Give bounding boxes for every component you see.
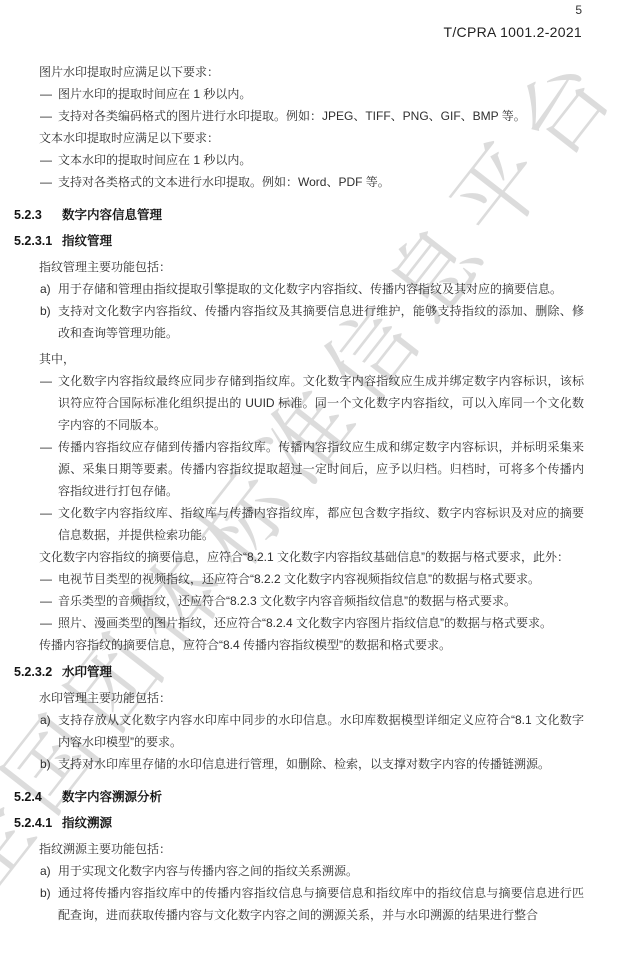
paragraph-fingerprint-functions: 指纹管理主要功能包括：	[14, 256, 584, 278]
section-heading-5-2-4-1: 5.2.4.1 指纹溯源	[14, 811, 584, 835]
dash-marker: —	[40, 105, 52, 127]
list-item: — 支持对各类编码格式的图片进行水印提取。例如：JPEG、TIFF、PNG、GI…	[14, 105, 584, 127]
dash-marker: —	[40, 568, 52, 590]
section-title: 水印管理	[62, 660, 112, 684]
document-page: 全国团体标准信息平台 5 T/CPRA 1001.2-2021 图片水印提取时应…	[0, 0, 618, 955]
list-item-text: 用于实现文化数字内容与传播内容之间的指纹关系溯源。	[58, 864, 358, 878]
list-item-text: 支持对文化数字内容指纹、传播内容指纹及其摘要信息进行维护，能够支持指纹的添加、删…	[58, 304, 584, 340]
alpha-marker: b)	[40, 753, 51, 775]
list-item: — 支持对各类格式的文本进行水印提取。例如：Word、PDF 等。	[14, 171, 584, 193]
list-item-text: 支持对各类格式的文本进行水印提取。例如：Word、PDF 等。	[58, 175, 390, 189]
section-title: 指纹管理	[62, 229, 112, 253]
list-item-text: 文化数字内容指纹最终应同步存储到指纹库。文化数字内容指纹应生成并绑定数字内容标识…	[58, 374, 584, 432]
list-item-text: 支持对各类编码格式的图片进行水印提取。例如：JPEG、TIFF、PNG、GIF、…	[58, 109, 526, 123]
dash-marker: —	[40, 149, 52, 171]
alpha-marker: a)	[40, 860, 51, 882]
alpha-marker: a)	[40, 278, 51, 300]
list-item: — 传播内容指纹应存储到传播内容指纹库。传播内容指纹应生成和绑定数字内容标识，并…	[14, 436, 584, 502]
list-item: — 文本水印的提取时间应在 1 秒以内。	[14, 149, 584, 171]
dash-marker: —	[40, 502, 52, 524]
paragraph-intro-image-watermark: 图片水印提取时应满足以下要求：	[14, 61, 584, 83]
section-heading-5-2-3-2: 5.2.3.2 水印管理	[14, 660, 584, 684]
section-title: 数字内容信息管理	[62, 203, 162, 227]
section-number: 5.2.3.2	[14, 660, 62, 684]
section-number: 5.2.3.1	[14, 229, 62, 253]
list-item-b: b) 通过将传播内容指纹库中的传播内容指纹信息与摘要信息和指纹库中的指纹信息与摘…	[14, 882, 584, 926]
list-item-text: 传播内容指纹应存储到传播内容指纹库。传播内容指纹应生成和绑定数字内容标识，并标明…	[58, 440, 584, 498]
section-title: 指纹溯源	[62, 811, 112, 835]
list-item-text: 图片水印的提取时间应在 1 秒以内。	[58, 87, 251, 101]
paragraph-among-which: 其中，	[14, 348, 584, 370]
list-item-a: a) 用于实现文化数字内容与传播内容之间的指纹关系溯源。	[14, 860, 584, 882]
list-item: — 图片水印的提取时间应在 1 秒以内。	[14, 83, 584, 105]
list-item-text: 用于存储和管理由指纹提取引擎提取的文化数字内容指纹、传播内容指纹及其对应的摘要信…	[58, 282, 562, 296]
dash-marker: —	[40, 436, 52, 458]
list-item-text: 电视节目类型的视频指纹，还应符合“8.2.2 文化数字内容视频指纹信息”的数据与…	[58, 572, 540, 586]
list-item: — 文化数字内容指纹库、指纹库与传播内容指纹库，都应包含数字指纹、数字内容标识及…	[14, 502, 584, 546]
section-title: 数字内容溯源分析	[62, 785, 162, 809]
paragraph-traceability-functions: 指纹溯源主要功能包括：	[14, 838, 584, 860]
list-item: — 音乐类型的音频指纹，还应符合“8.2.3 文化数字内容音频指纹信息”的数据与…	[14, 590, 584, 612]
paragraph-propagation-fingerprint-summary: 传播内容指纹的摘要信息，应符合“8.4 传播内容指纹模型”的数据和格式要求。	[14, 634, 584, 656]
list-item-b: b) 支持对文化数字内容指纹、传播内容指纹及其摘要信息进行维护，能够支持指纹的添…	[14, 300, 584, 344]
alpha-marker: a)	[40, 709, 51, 731]
section-heading-5-2-3-1: 5.2.3.1 指纹管理	[14, 229, 584, 253]
list-item-text: 音乐类型的音频指纹，还应符合“8.2.3 文化数字内容音频指纹信息”的数据与格式…	[58, 594, 516, 608]
dash-marker: —	[40, 612, 52, 634]
section-number: 5.2.4.1	[14, 811, 62, 835]
list-item-text: 支持对水印库里存储的水印信息进行管理，如删除、检索，以支撑对数字内容的传播链溯源…	[58, 757, 550, 771]
alpha-marker: b)	[40, 300, 51, 322]
list-item-a: a) 用于存储和管理由指纹提取引擎提取的文化数字内容指纹、传播内容指纹及其对应的…	[14, 278, 584, 300]
alpha-marker: b)	[40, 882, 51, 904]
list-item: — 文化数字内容指纹最终应同步存储到指纹库。文化数字内容指纹应生成并绑定数字内容…	[14, 370, 584, 436]
list-item: — 电视节目类型的视频指纹，还应符合“8.2.2 文化数字内容视频指纹信息”的数…	[14, 568, 584, 590]
paragraph-intro-text-watermark: 文本水印提取时应满足以下要求：	[14, 127, 584, 149]
list-item-text: 照片、漫画类型的图片指纹，还应符合“8.2.4 文化数字内容图片指纹信息”的数据…	[58, 616, 552, 630]
dash-marker: —	[40, 370, 52, 392]
dash-marker: —	[40, 171, 52, 193]
list-item-a: a) 支持存放从文化数字内容水印库中同步的水印信息。水印库数据模型详细定义应符合…	[14, 709, 584, 753]
paragraph-watermark-functions: 水印管理主要功能包括：	[14, 687, 584, 709]
section-heading-5-2-4: 5.2.4 数字内容溯源分析	[14, 785, 584, 809]
section-number: 5.2.4	[14, 785, 62, 809]
list-item-text: 支持存放从文化数字内容水印库中同步的水印信息。水印库数据模型详细定义应符合“8.…	[58, 713, 584, 749]
dash-marker: —	[40, 590, 52, 612]
standard-number-header: T/CPRA 1001.2-2021	[444, 24, 582, 40]
list-item: — 照片、漫画类型的图片指纹，还应符合“8.2.4 文化数字内容图片指纹信息”的…	[14, 612, 584, 634]
page-number: 5	[575, 3, 582, 17]
list-item-text: 通过将传播内容指纹库中的传播内容指纹信息与摘要信息和指纹库中的指纹信息与摘要信息…	[58, 886, 584, 922]
document-body: 图片水印提取时应满足以下要求： — 图片水印的提取时间应在 1 秒以内。 — 支…	[14, 61, 584, 926]
dash-marker: —	[40, 83, 52, 105]
list-item-text: 文化数字内容指纹库、指纹库与传播内容指纹库，都应包含数字指纹、数字内容标识及对应…	[58, 506, 584, 542]
section-heading-5-2-3: 5.2.3 数字内容信息管理	[14, 203, 584, 227]
list-item-text: 文本水印的提取时间应在 1 秒以内。	[58, 153, 251, 167]
paragraph-summary-info-requirements: 文化数字内容指纹的摘要信息，应符合“8.2.1 文化数字内容指纹基础信息”的数据…	[14, 546, 584, 568]
section-number: 5.2.3	[14, 203, 62, 227]
list-item-b: b) 支持对水印库里存储的水印信息进行管理，如删除、检索，以支撑对数字内容的传播…	[14, 753, 584, 775]
